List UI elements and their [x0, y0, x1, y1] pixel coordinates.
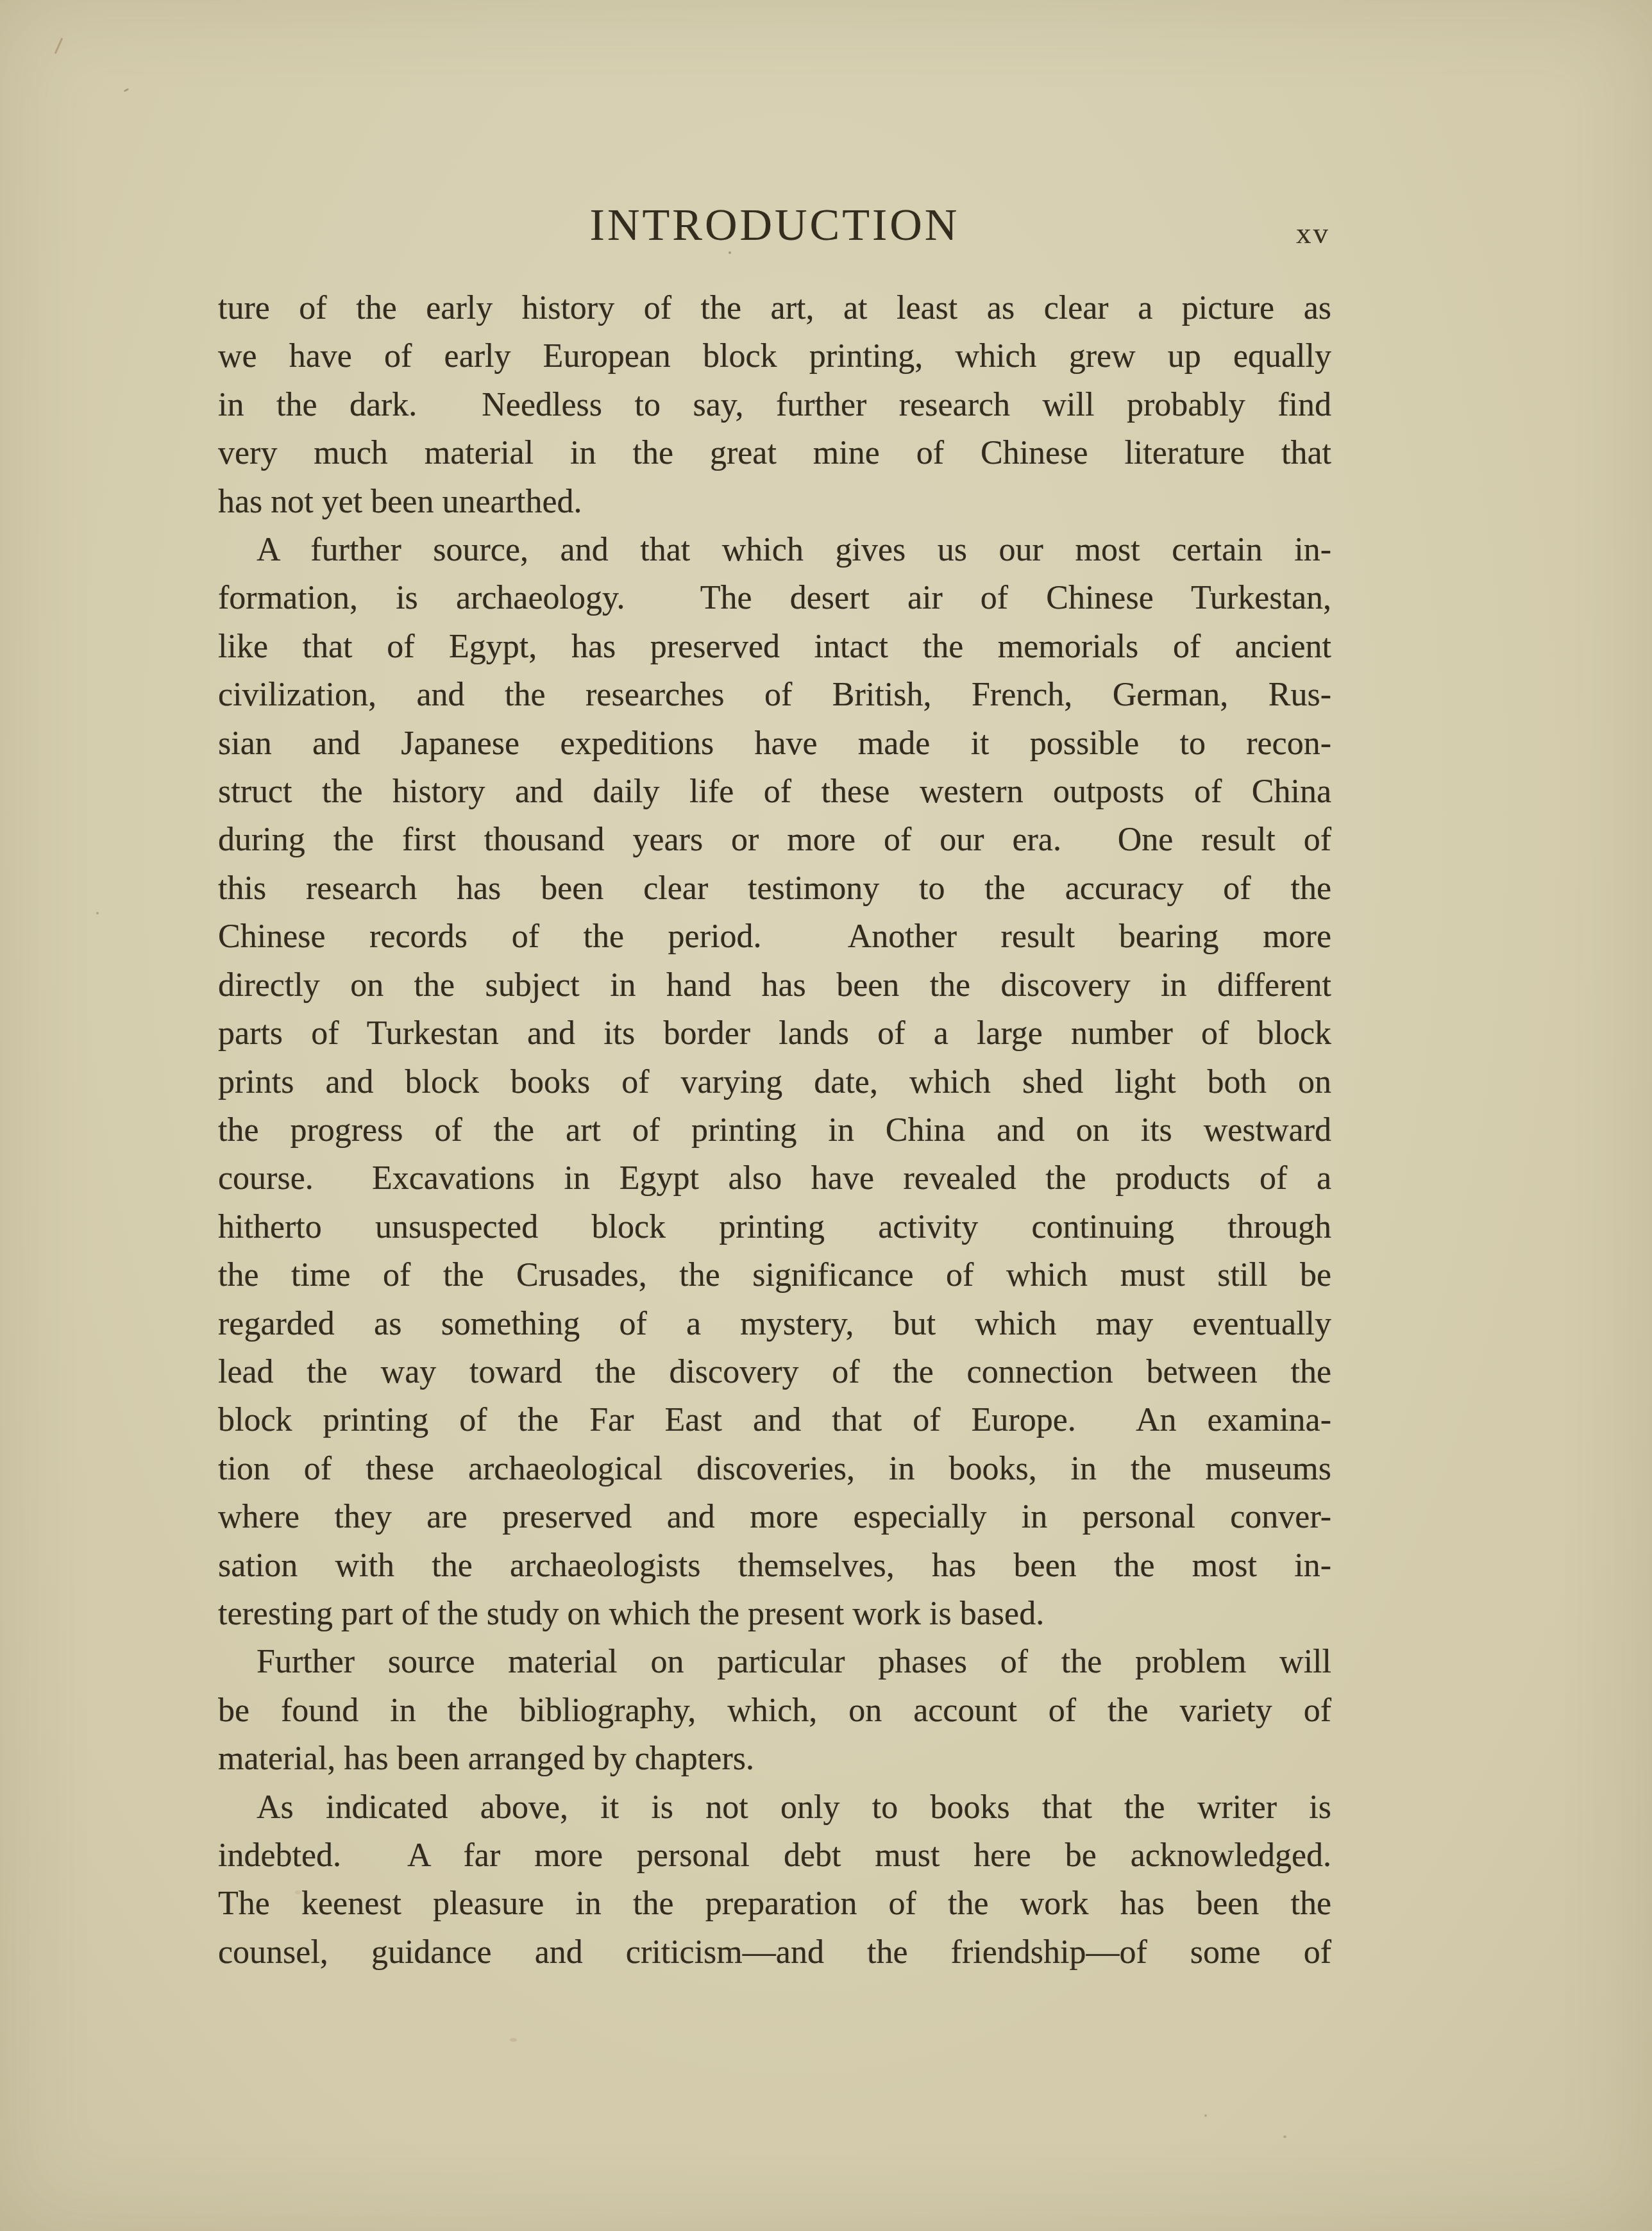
text-line: As indicated above, it is not only to bo…	[218, 1783, 1331, 1831]
text-line: has not yet been unearthed.	[218, 478, 1331, 526]
text-line: course. Excavations in Egypt also have r…	[218, 1154, 1331, 1202]
text-line: where they are preserved and more especi…	[218, 1493, 1331, 1541]
text-line: be found in the bibliography, which, on …	[218, 1687, 1331, 1735]
text-line: the time of the Crusades, the significan…	[218, 1251, 1331, 1299]
paper-speck	[510, 2038, 517, 2042]
text-line: ture of the early history of the art, at…	[218, 284, 1331, 332]
page-number: xv	[1296, 215, 1330, 251]
text-line: directly on the subject in hand has been…	[218, 961, 1331, 1009]
text-line: during the first thousand years or more …	[218, 816, 1331, 864]
page-title: INTRODUCTION	[218, 200, 1331, 251]
text-line: the progress of the art of printing in C…	[218, 1106, 1331, 1154]
text-line: Further source material on particular ph…	[218, 1638, 1331, 1686]
text-line: sian and Japanese expeditions have made …	[218, 720, 1331, 768]
text-line: prints and block books of varying date, …	[218, 1058, 1331, 1106]
text-line: in the dark. Needless to say, further re…	[218, 381, 1331, 429]
text-line: The keenest pleasure in the preparation …	[218, 1880, 1331, 1928]
text-line: indebted. A far more personal debt must …	[218, 1831, 1331, 1880]
text-line: lead the way toward the discovery of the…	[218, 1348, 1331, 1396]
paper-speck	[124, 88, 129, 92]
paper-speck	[55, 38, 63, 55]
paragraph: A further source, and that which gives u…	[218, 526, 1331, 1638]
text-block: ture of the early history of the art, at…	[218, 284, 1331, 1976]
text-line: A further source, and that which gives u…	[218, 526, 1331, 574]
text-line: formation, is archaeology. The desert ai…	[218, 574, 1331, 622]
paper-speck	[1283, 2135, 1286, 2138]
text-line: parts of Turkestan and its border lands …	[218, 1009, 1331, 1057]
text-line: block printing of the Far East and that …	[218, 1396, 1331, 1444]
text-line: this research has been clear testimony t…	[218, 864, 1331, 913]
paper-speck	[1204, 2114, 1207, 2117]
paragraph: As indicated above, it is not only to bo…	[218, 1783, 1331, 1977]
text-line: like that of Egypt, has preserved intact…	[218, 623, 1331, 671]
text-line: Chinese records of the period. Another r…	[218, 913, 1331, 961]
text-line: regarded as something of a mystery, but …	[218, 1300, 1331, 1348]
text-line: sation with the archaeologists themselve…	[218, 1542, 1331, 1590]
text-line: very much material in the great mine of …	[218, 429, 1331, 477]
paper-speck	[96, 912, 99, 914]
text-line: tion of these archaeological discoveries…	[218, 1445, 1331, 1493]
text-line: material, has been arranged by chapters.	[218, 1735, 1331, 1783]
page-header: INTRODUCTION xv	[218, 200, 1331, 259]
text-line: we have of early European block printing…	[218, 332, 1331, 380]
book-page-scan: INTRODUCTION xv ture of the early histor…	[0, 0, 1652, 2231]
paragraph: ture of the early history of the art, at…	[218, 284, 1331, 526]
text-line: counsel, guidance and criticism—and the …	[218, 1928, 1331, 1976]
text-line: civilization, and the researches of Brit…	[218, 671, 1331, 719]
text-line: struct the history and daily life of the…	[218, 768, 1331, 816]
paragraph: Further source material on particular ph…	[218, 1638, 1331, 1783]
text-line: teresting part of the study on which the…	[218, 1590, 1331, 1638]
text-line: hitherto unsuspected block printing acti…	[218, 1203, 1331, 1251]
